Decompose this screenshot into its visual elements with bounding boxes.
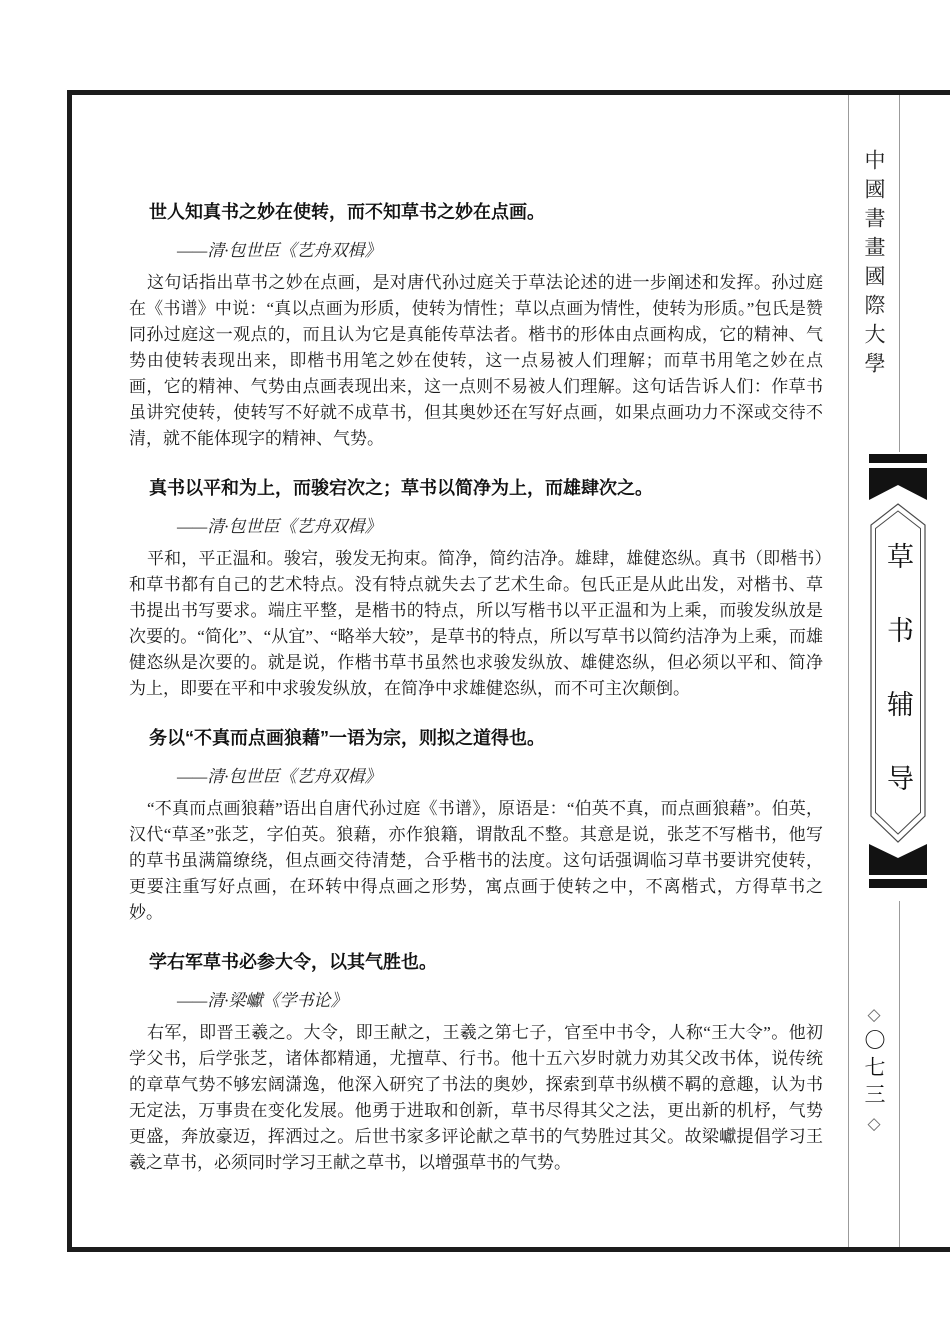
quote-section: 务以“不真而点画狼藉”一语为宗，则拟之道得也。 ——清·包世臣《艺舟双楫》 “不… — [129, 702, 823, 926]
page-number: 〇七三 — [861, 1029, 887, 1110]
folio-column: ◇ 〇七三 ◇ — [849, 1005, 899, 1134]
sidebar-rule-right-top — [899, 95, 900, 452]
banner-top-bar — [869, 454, 927, 463]
chapter-banner: 草书辅导 — [869, 454, 927, 888]
banner-bottom-ribbon — [869, 844, 927, 875]
quote-heading: 务以“不真而点画狼藉”一语为宗，则拟之道得也。 — [129, 702, 823, 750]
quote-section: 学右军草书必参大令，以其气胜也。 ——清·梁巘《学书论》 右军，即晋王羲之。大令… — [129, 926, 823, 1176]
quote-attribution: ——清·包世臣《艺舟双楫》 — [129, 240, 823, 262]
quote-commentary: 平和，平正温和。骏宕，骏发无拘束。简净，简约洁净。雄肆，雄健恣纵。真书（即楷书）… — [129, 546, 823, 702]
quote-attribution: ——清·包世臣《艺舟双楫》 — [129, 516, 823, 538]
quote-attribution: ——清·梁巘《学书论》 — [129, 990, 823, 1012]
banner-top-ribbon — [869, 468, 927, 500]
quote-heading: 世人知真书之妙在使转，而不知草书之妙在点画。 — [129, 190, 823, 224]
diamond-icon: ◇ — [867, 1005, 880, 1025]
quote-commentary: 右军，即晋王羲之。大令，即王献之，王羲之第七子，官至中书令，人称“王大令”。他初… — [129, 1020, 823, 1176]
quote-commentary: “不真而点画狼藉”语出自唐代孙过庭《书谱》，原语是：“伯英不真，而点画狼藉”。伯… — [129, 796, 823, 926]
diamond-icon: ◇ — [867, 1114, 880, 1134]
quote-commentary: 这句话指出草书之妙在点画，是对唐代孙过庭关于草法论述的进一步阐述和发挥。孙过庭在… — [129, 270, 823, 452]
quote-section: 世人知真书之妙在使转，而不知草书之妙在点画。 ——清·包世臣《艺舟双楫》 这句话… — [129, 190, 823, 452]
book-title-vertical: 中國書畫國際大學 — [862, 149, 886, 381]
banner-bottom-bar — [869, 879, 927, 888]
quote-heading: 真书以平和为上，而骏宕次之；草书以简净为上，而雄肆次之。 — [129, 452, 823, 500]
quote-section: 真书以平和为上，而骏宕次之；草书以简净为上，而雄肆次之。 ——清·包世臣《艺舟双… — [129, 452, 823, 702]
chapter-title-vertical: 草书辅导 — [869, 542, 927, 838]
quote-attribution: ——清·包世臣《艺舟双楫》 — [129, 766, 823, 788]
main-text-column: 世人知真书之妙在使转，而不知草书之妙在点画。 ——清·包世臣《艺舟双楫》 这句话… — [129, 190, 823, 1176]
sidebar-rule-right-bottom — [899, 901, 900, 1247]
quote-heading: 学右军草书必参大令，以其气胜也。 — [129, 926, 823, 974]
